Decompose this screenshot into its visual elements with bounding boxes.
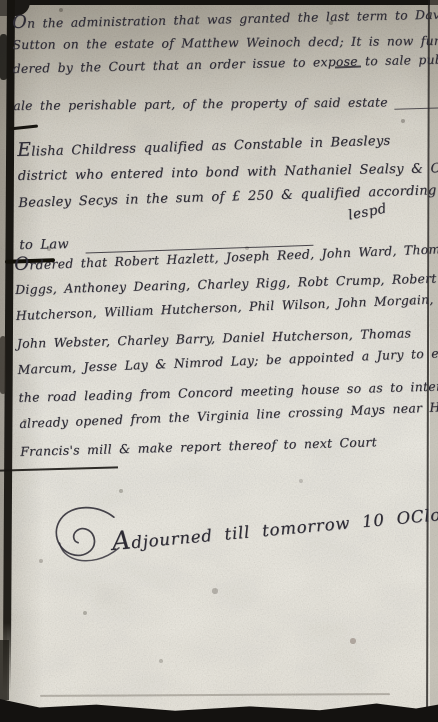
handwriting-text: to Law (19, 237, 69, 253)
entry-constable-qualification: Elisha Childress qualified as Constable … (17, 129, 438, 252)
page-bottom-edge (0, 694, 438, 722)
binding-blot (0, 34, 7, 80)
binding-blot (0, 640, 9, 700)
handwriting-text: ale the perishable part, of the property… (13, 95, 388, 113)
scanned-document-page: On the administration that was granted t… (0, 0, 438, 722)
binding-blot (0, 336, 6, 394)
handwriting-line: On the administration that was granted t… (12, 2, 438, 37)
adjournment-line: Adjourned till tomorrow 10 OClock (111, 495, 438, 557)
entry-road-jury-order: Ordered that Robert Hazlett, Joseph Reed… (14, 238, 438, 470)
page-curl-shadow (40, 693, 390, 697)
entry-estate-order: On the administration that was granted t… (12, 6, 438, 112)
trailing-flourish-rule (394, 98, 438, 109)
handwriting-line: ale the perishable part, of the property… (13, 84, 438, 113)
